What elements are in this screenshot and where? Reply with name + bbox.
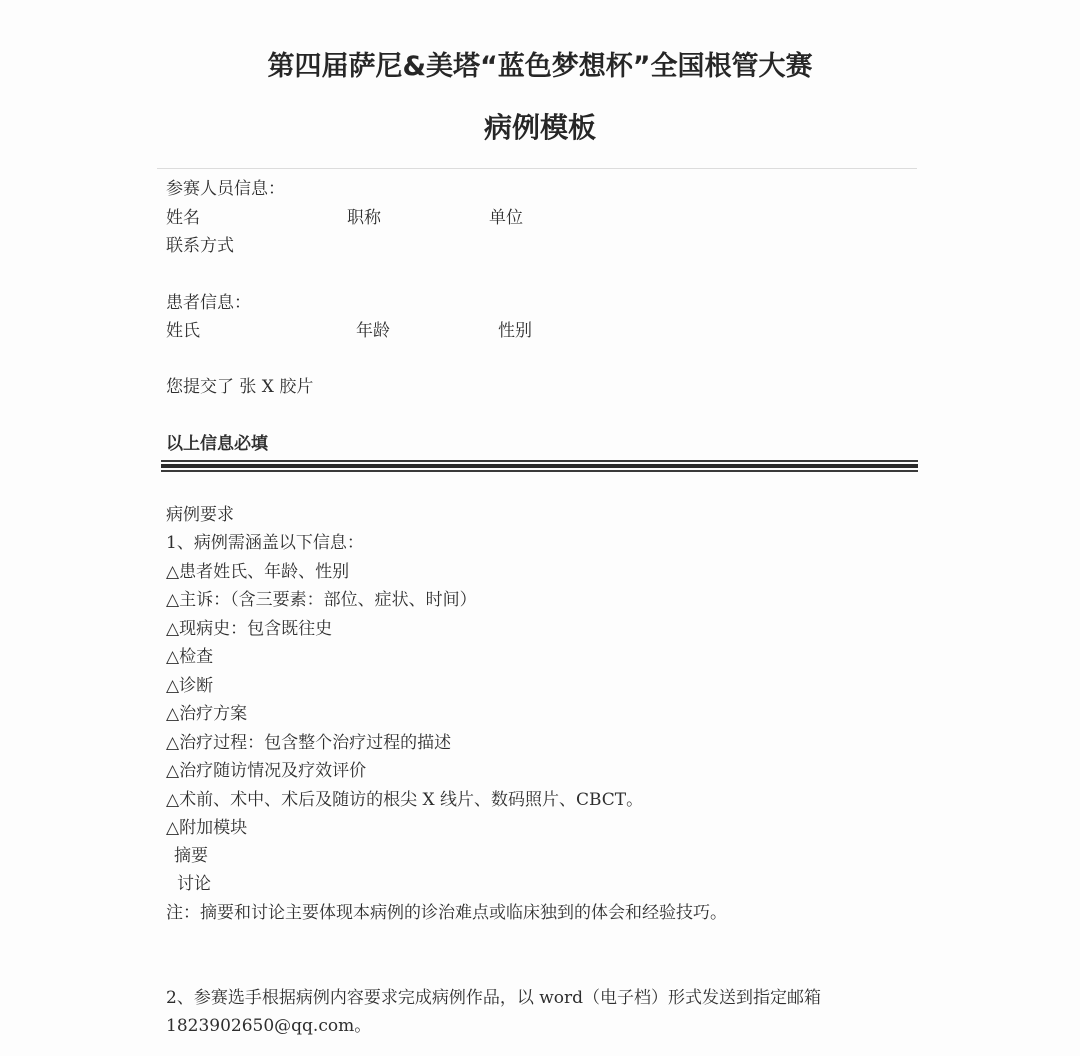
requirement-item-2: 2、参赛选手根据病例内容要求完成病例作品，以 word（电子档）形式发送到指定邮… bbox=[166, 987, 821, 1009]
document-subtitle: 病例模板 bbox=[0, 106, 1080, 146]
requirement-bullet: △治疗过程：包含整个治疗过程的描述 bbox=[166, 732, 451, 754]
patient-heading: 患者信息： bbox=[166, 292, 251, 314]
patient-age-label: 年龄 bbox=[356, 320, 390, 342]
requirement-bullet: △治疗随访情况及疗效评价 bbox=[166, 760, 366, 782]
requirement-bullet: △患者姓氏、年龄、性别 bbox=[166, 561, 349, 583]
patient-gender-label: 性别 bbox=[498, 320, 532, 342]
requirement-item-1: 1、病例需涵盖以下信息： bbox=[166, 532, 364, 554]
sub-item-discussion: 讨论 bbox=[177, 873, 211, 895]
participant-title-label: 职称 bbox=[347, 207, 381, 229]
requirements-note: 注：摘要和讨论主要体现本病例的诊治难点或临床独到的体会和经验技巧。 bbox=[166, 902, 727, 924]
section-divider bbox=[161, 460, 918, 472]
document-title: 第四届萨尼&美塔“蓝色梦想杯”全国根管大赛 bbox=[0, 44, 1080, 83]
participant-unit-label: 单位 bbox=[489, 207, 523, 229]
participant-name-label: 姓名 bbox=[166, 207, 200, 229]
participant-heading: 参赛人员信息： bbox=[166, 178, 285, 200]
requirement-bullet: △主诉：（含三要素：部位、症状、时间） bbox=[166, 589, 477, 611]
requirement-bullet: △治疗方案 bbox=[166, 703, 247, 725]
requirement-bullet: △检查 bbox=[166, 646, 213, 668]
submission-email: 1823902650@qq.com。 bbox=[166, 1015, 371, 1037]
xray-count-line: 您提交了 张 X 胶片 bbox=[166, 376, 313, 398]
header-divider bbox=[157, 168, 917, 169]
requirement-bullet: △附加模块 bbox=[166, 817, 247, 839]
sub-item-abstract: 摘要 bbox=[174, 845, 208, 867]
requirements-heading: 病例要求 bbox=[166, 504, 234, 526]
participant-contact-label: 联系方式 bbox=[166, 235, 234, 257]
requirement-bullet: △现病史：包含既往史 bbox=[166, 618, 332, 640]
requirement-bullet: △诊断 bbox=[166, 675, 213, 697]
required-notice: 以上信息必填 bbox=[166, 433, 268, 455]
patient-surname-label: 姓氏 bbox=[166, 320, 200, 342]
requirement-bullet: △术前、术中、术后及随访的根尖 X 线片、数码照片、CBCT。 bbox=[166, 789, 643, 811]
